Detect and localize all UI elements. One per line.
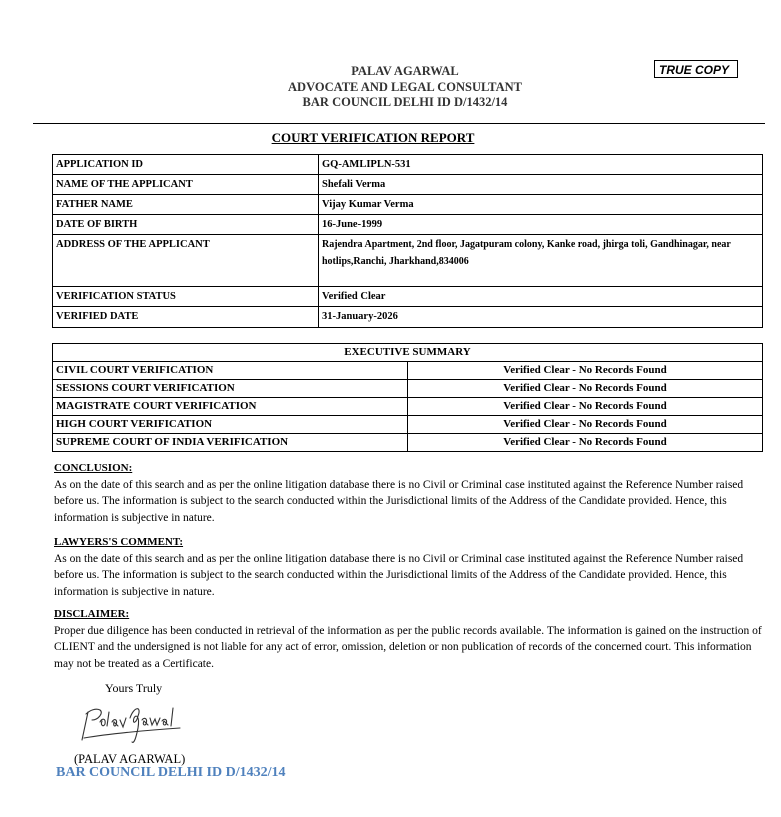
detail-label: FATHER NAME	[53, 195, 319, 215]
detail-label: ADDRESS OF THE APPLICANT	[53, 235, 319, 287]
detail-label: VERIFICATION STATUS	[53, 287, 319, 307]
court-label: CIVIL COURT VERIFICATION	[53, 362, 408, 380]
advocate-bar-id: BAR COUNCIL DELHI ID D/1432/14	[200, 95, 610, 111]
verification-status-value: Verified Clear	[319, 287, 763, 307]
detail-label: APPLICATION ID	[53, 155, 319, 175]
header-divider	[33, 123, 765, 124]
advocate-designation: ADVOCATE AND LEGAL CONSULTANT	[200, 80, 610, 96]
court-label: SESSIONS COURT VERIFICATION	[53, 380, 408, 398]
table-row: NAME OF THE APPLICANT Shefali Verma	[53, 175, 763, 195]
table-row: MAGISTRATE COURT VERIFICATION Verified C…	[53, 398, 763, 416]
court-result: Verified Clear - No Records Found	[408, 416, 763, 434]
father-name-value: Vijay Kumar Verma	[319, 195, 763, 215]
advocate-name: PALAV AGARWAL	[200, 64, 610, 80]
lawyers-comment-text: As on the date of this search and as per…	[54, 551, 764, 601]
application-id-value: GQ-AMLIPLN-531	[319, 155, 763, 175]
court-label: SUPREME COURT OF INDIA VERIFICATION	[53, 434, 408, 452]
disclaimer-heading: DISCLAIMER:	[54, 606, 764, 623]
table-row: VERIFIED DATE 31-January-2026	[53, 307, 763, 328]
table-header-row: EXECUTIVE SUMMARY	[53, 344, 763, 362]
table-row: APPLICATION ID GQ-AMLIPLN-531	[53, 155, 763, 175]
detail-label: DATE OF BIRTH	[53, 215, 319, 235]
court-label: HIGH COURT VERIFICATION	[53, 416, 408, 434]
letterhead: PALAV AGARWAL ADVOCATE AND LEGAL CONSULT…	[200, 64, 610, 111]
conclusion-heading: CONCLUSION:	[54, 460, 764, 477]
disclaimer-section: DISCLAIMER: Proper due diligence has bee…	[54, 606, 764, 672]
detail-label: NAME OF THE APPLICANT	[53, 175, 319, 195]
report-title: COURT VERIFICATION REPORT	[200, 130, 546, 146]
table-row: VERIFICATION STATUS Verified Clear	[53, 287, 763, 307]
date-of-birth-value: 16-June-1999	[319, 215, 763, 235]
court-result: Verified Clear - No Records Found	[408, 380, 763, 398]
lawyers-comment-heading: LAWYERS'S COMMENT:	[54, 534, 764, 551]
table-row: DATE OF BIRTH 16-June-1999	[53, 215, 763, 235]
conclusion-section: CONCLUSION: As on the date of this searc…	[54, 460, 764, 526]
court-result: Verified Clear - No Records Found	[408, 434, 763, 452]
disclaimer-text: Proper due diligence has been conducted …	[54, 623, 764, 673]
table-row: CIVIL COURT VERIFICATION Verified Clear …	[53, 362, 763, 380]
table-row: FATHER NAME Vijay Kumar Verma	[53, 195, 763, 215]
court-result: Verified Clear - No Records Found	[408, 398, 763, 416]
applicant-details-table: APPLICATION ID GQ-AMLIPLN-531 NAME OF TH…	[52, 154, 763, 328]
court-result: Verified Clear - No Records Found	[408, 362, 763, 380]
lawyers-comment-section: LAWYERS'S COMMENT: As on the date of thi…	[54, 534, 764, 600]
closing-text: Yours Truly	[105, 681, 162, 696]
court-label: MAGISTRATE COURT VERIFICATION	[53, 398, 408, 416]
executive-summary-heading: EXECUTIVE SUMMARY	[53, 344, 763, 362]
table-row: SESSIONS COURT VERIFICATION Verified Cle…	[53, 380, 763, 398]
signatory-bar-id: BAR COUNCIL DELHI ID D/1432/14	[56, 765, 285, 781]
verified-date-value: 31-January-2026	[319, 307, 763, 328]
executive-summary-table: EXECUTIVE SUMMARY CIVIL COURT VERIFICATI…	[52, 343, 763, 452]
signature-icon	[78, 700, 188, 755]
conclusion-text: As on the date of this search and as per…	[54, 477, 764, 527]
address-value: Rajendra Apartment, 2nd floor, Jagatpura…	[319, 235, 763, 287]
applicant-name-value: Shefali Verma	[319, 175, 763, 195]
table-row: HIGH COURT VERIFICATION Verified Clear -…	[53, 416, 763, 434]
table-row: ADDRESS OF THE APPLICANT Rajendra Apartm…	[53, 235, 763, 287]
detail-label: VERIFIED DATE	[53, 307, 319, 328]
table-row: SUPREME COURT OF INDIA VERIFICATION Veri…	[53, 434, 763, 452]
true-copy-stamp: TRUE COPY	[654, 60, 738, 78]
